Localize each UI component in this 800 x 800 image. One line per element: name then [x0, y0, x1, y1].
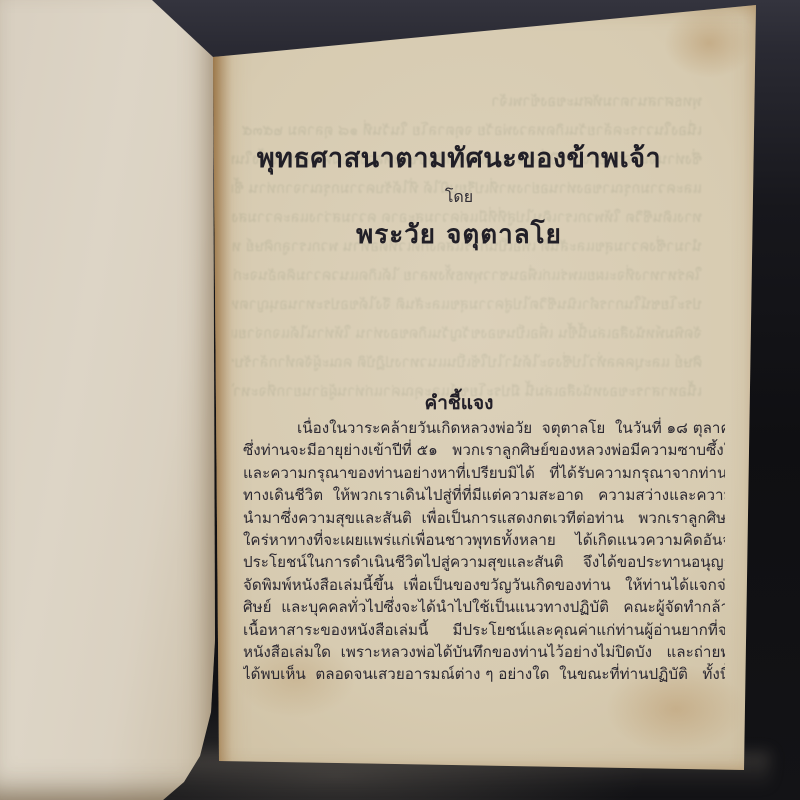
- body-line: ซึ่งท่านจะมีอายุย่างเข้าปีที่ ๕๑ พวกเราล…: [243, 439, 725, 461]
- body-line: ศิษย์ และบุคคลทั่วไปซึ่งจะได้นำไปใช้เป็น…: [243, 596, 725, 618]
- body-line: และความกรุณาของท่านอย่างหาที่เปรียบมิได้…: [243, 462, 725, 484]
- left-blank-page: [0, 0, 216, 800]
- foxing-stain: [664, 8, 754, 78]
- body-line: ใคร่หาทางที่จะเผยแพร่แก่เพื่อนชาวพุทธทั้…: [243, 529, 725, 551]
- book-page: พุทธศาสนาตามทัศนะของข้าพเจ้าเนื่องในวาระ…: [210, 0, 760, 778]
- body-line: เนื่องในวาระคล้ายวันเกิดหลวงพ่อวัย จตุตา…: [243, 417, 725, 439]
- author-name: พระวัย จตุตาลโย: [228, 214, 690, 255]
- book-title: พุทธศาสนาตามทัศนะของข้าพเจ้า: [228, 136, 690, 179]
- body-line: จัดพิมพ์หนังสือเล่มนี้ขึ้น เพื่อเป็นของข…: [243, 574, 725, 596]
- body-line: นำมาซึ่งความสุขและสันติ เพื่อเป็นการแสดง…: [243, 507, 725, 529]
- book-photo: พุทธศาสนาตามทัศนะของข้าพเจ้าเนื่องในวาระ…: [0, 0, 800, 800]
- body-line: ได้พบเห็น ตลอดจนเสวยอารมณ์ต่าง ๆ อย่างใด…: [243, 663, 725, 685]
- body-line: ประโยชน์ในการดำเนินชีวิตไปสู่ความสุขและส…: [243, 551, 725, 573]
- byline-label: โดย: [228, 185, 690, 210]
- section-heading: คำชี้แจง: [228, 388, 690, 418]
- body-line: ทางเดินชีวิต ให้พวกเราเดินไปสู่ที่ที่มีแ…: [243, 484, 725, 506]
- body-text: เนื่องในวาระคล้ายวันเกิดหลวงพ่อวัย จตุตา…: [243, 417, 725, 697]
- body-line: หนังสือเล่มใด เพราะหลวงพ่อได้บันทึกของท่…: [243, 641, 725, 663]
- title-block: พุทธศาสนาตามทัศนะของข้าพเจ้า โดย พระวัย …: [228, 136, 690, 255]
- body-line: เนื้อหาสาระของหนังสือเล่มนี้ มีประโยชน์แ…: [243, 619, 725, 641]
